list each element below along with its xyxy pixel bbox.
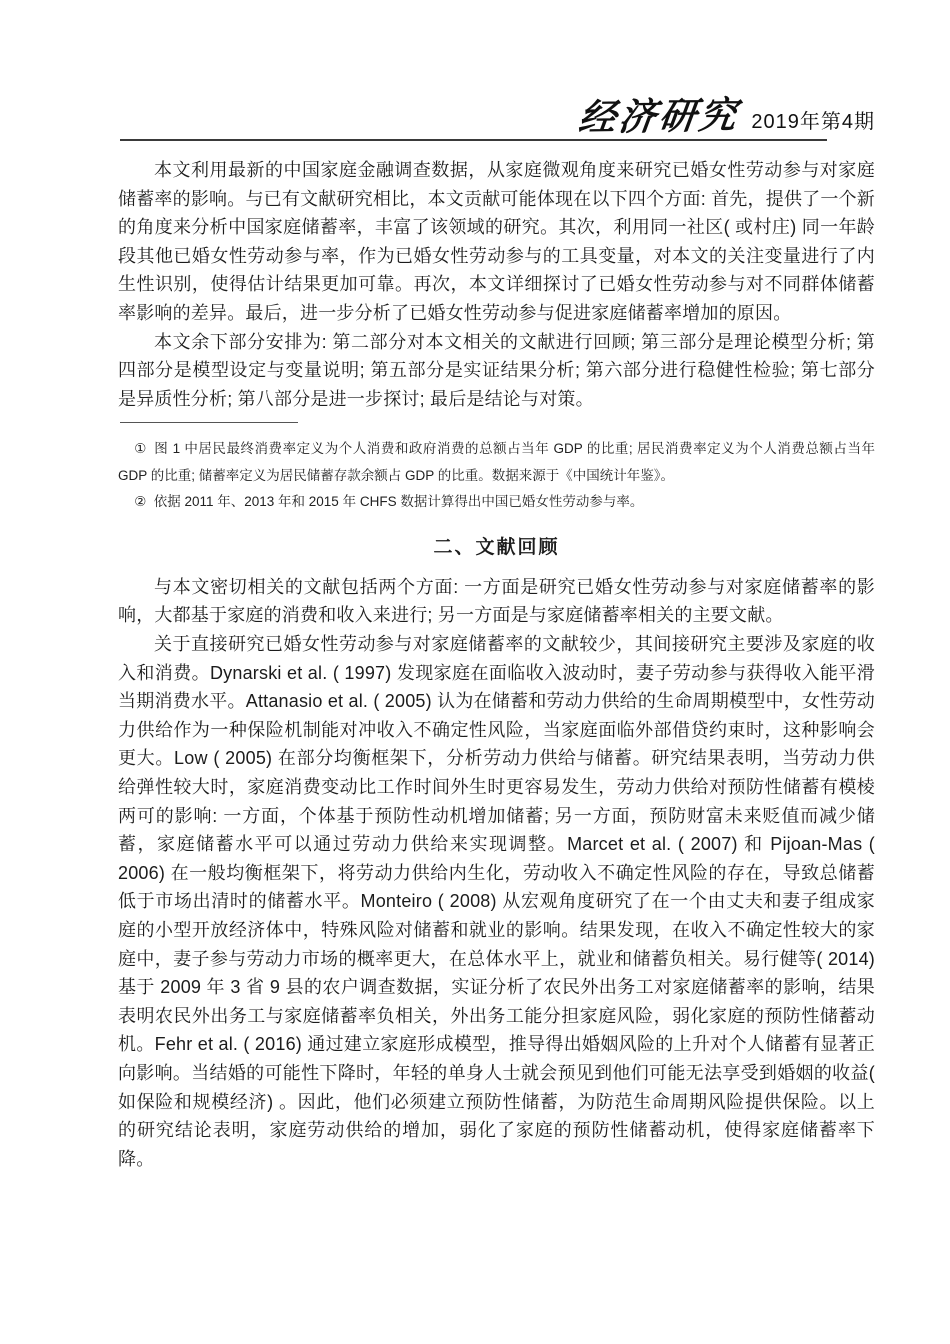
footnote-text: 依据 2011 年、2013 年和 2015 年 CHFS 数据计算得出中国已婚… [154, 494, 644, 509]
footnote-marker: ① [134, 441, 147, 456]
journal-logo: 经济研究 [577, 97, 742, 137]
paper-page: 经济研究 2019年第4期 本文利用最新的中国家庭金融调查数据，从家庭微观角度来… [0, 0, 950, 1344]
section-paragraph-2: 关于直接研究已婚女性劳动参与对家庭储蓄率的文献较少，其间接研究主要涉及家庭的收入… [118, 630, 875, 1173]
footnote-block: ①图 1 中居民最终消费率定义为个人消费和政府消费的总额占当年 GDP 的比重;… [118, 422, 875, 516]
text-column: 经济研究 2019年第4期 本文利用最新的中国家庭金融调查数据，从家庭微观角度来… [118, 0, 875, 1173]
journal-header: 经济研究 2019年第4期 [118, 0, 875, 135]
issue-label: 2019年第4期 [751, 112, 875, 135]
intro-paragraph-2: 本文余下部分安排为: 第二部分对本文相关的文献进行回顾; 第三部分是理论模型分析… [118, 328, 875, 414]
footnote-text: 图 1 中居民最终消费率定义为个人消费和政府消费的总额占当年 GDP 的比重; … [118, 441, 875, 483]
section-paragraph-1: 与本文密切相关的文献包括两个方面: 一方面是研究已婚女性劳动参与对家庭储蓄率的影… [118, 573, 875, 630]
intro-paragraph-1: 本文利用最新的中国家庭金融调查数据，从家庭微观角度来研究已婚女性劳动参与对家庭储… [118, 156, 875, 328]
footnote-item: ②依据 2011 年、2013 年和 2015 年 CHFS 数据计算得出中国已… [118, 489, 875, 516]
footnote-marker: ② [134, 494, 146, 509]
section-heading: 二、文献回顾 [118, 532, 875, 559]
header-rule [120, 139, 827, 141]
footnote-divider [120, 422, 298, 423]
footnote-item: ①图 1 中居民最终消费率定义为个人消费和政府消费的总额占当年 GDP 的比重;… [118, 436, 875, 489]
